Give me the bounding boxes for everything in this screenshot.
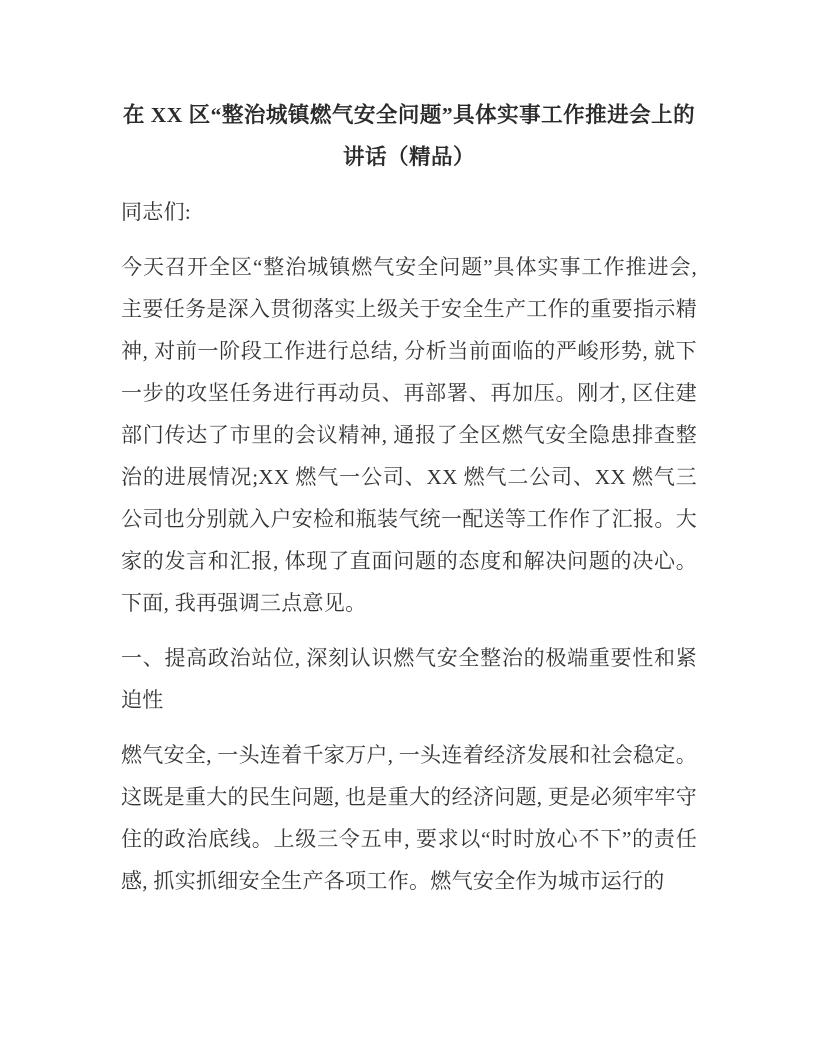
section-heading-1: 一、提高政治站位, 深刻认识燃气安全整治的极端重要性和紧迫性	[121, 637, 697, 721]
paragraph-section1-body: 燃气安全, 一头连着千家万户, 一头连着经济发展和社会稳定。这既是重大的民生问题…	[121, 734, 697, 902]
document-page: 在 XX 区“整治城镇燃气安全问题”具体实事工作推进会上的讲话（精品） 同志们:…	[0, 0, 816, 1056]
salutation: 同志们:	[121, 191, 697, 233]
document-title: 在 XX 区“整治城镇燃气安全问题”具体实事工作推进会上的讲话（精品）	[121, 94, 697, 178]
paragraph-opening: 今天召开全区“整治城镇燃气安全问题”具体实事工作推进会, 主要任务是深入贯彻落实…	[121, 246, 697, 624]
